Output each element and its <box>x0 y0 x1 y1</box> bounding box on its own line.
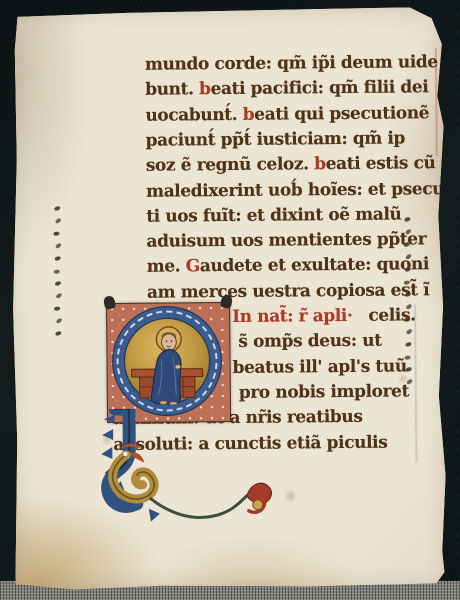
text-line: me. Gaudete et exultate: quoni <box>147 255 429 277</box>
text-line: ti uos fuĩt: et dixint oẽ malũ <box>146 204 401 226</box>
text-line: s̃ omp̃s deus: ut <box>238 331 381 352</box>
body-text: audete et exultate: quoni <box>200 255 429 277</box>
body-text: aduisum uos mentientes pp̃ter <box>146 229 426 251</box>
body-text: ti uos fuĩt: et dixint oẽ malũ <box>146 204 401 226</box>
body-text: beatus ill' apl's tuũ <box>233 356 407 378</box>
body-text: s̃ omp̃s deus: ut <box>238 331 381 352</box>
text-line: bunt. beati pacifici: qm̃ filii dei <box>145 78 428 100</box>
body-text: celis. <box>368 305 415 325</box>
body-text: eati estis cũ <box>326 153 436 174</box>
saint-figure <box>123 317 211 405</box>
body-text: am merces uestra copiosa est̃ ĩ <box>147 280 429 302</box>
rubricated-text: G <box>186 257 200 277</box>
text-line: beatus ill' apl's tuũ <box>233 356 407 378</box>
body-text: maledixerint uob́ hoĩes: et psecu <box>146 179 444 202</box>
body-text: mundo corde: qm̃ ip̃i deum uide <box>145 52 438 75</box>
text-line: In nat̃: r̃ apli·celis. <box>232 305 416 327</box>
initial-letter-ring <box>113 307 221 415</box>
rubricated-text: b <box>199 79 211 99</box>
text-line: aduisum uos mentientes pp̃ter <box>146 229 426 251</box>
vine <box>151 496 247 518</box>
manuscript-leaf: mundo corde: qm̃ ip̃i deum uidebunt. bea… <box>7 6 448 592</box>
body-text: pro nobis imploret <box>239 381 409 402</box>
initial-tail-flourish <box>96 407 287 559</box>
text-line: maledixerint uob́ hoĩes: et psecu <box>146 179 444 202</box>
rubricated-text: b <box>243 104 255 124</box>
body-text: eati qui psecutionẽ <box>254 103 429 125</box>
body-text: eati pacifici: qm̃ filii dei <box>210 78 428 100</box>
rubricated-text: b <box>314 154 326 174</box>
text-line: uocabunt́. beati qui psecutionẽ <box>145 103 429 125</box>
rubricated-text: In nat̃: r̃ apli· <box>232 306 352 327</box>
hand <box>175 365 181 369</box>
text-line: soz ẽ regnũ celoz. beati estis cũ <box>146 153 436 176</box>
text-line: mundo corde: qm̃ ip̃i deum uide <box>145 52 438 75</box>
body-text: uocabunt́. <box>145 104 243 125</box>
body-text: bunt. <box>145 80 199 100</box>
body-text: paciunt́ pp̃t́ iusticiam: qm̃ ip <box>146 128 406 150</box>
text-line: pro nobis imploret <box>239 381 409 402</box>
flower-icon <box>123 451 128 456</box>
text-line: am merces uestra copiosa est̃ ĩ <box>147 280 429 302</box>
text-line: paciunt́ pp̃t́ iusticiam: qm̃ ip <box>146 128 406 150</box>
illuminated-initial <box>106 302 231 423</box>
robe <box>151 349 181 404</box>
body-text: soz ẽ regnũ celoz. <box>146 154 315 175</box>
body-text: me. <box>147 257 186 277</box>
head <box>161 334 176 351</box>
photograph-of-manuscript-leaf: { "photo": { "backdrop_color": "#0e1516"… <box>0 0 460 600</box>
gold-ball-icon <box>253 500 263 510</box>
